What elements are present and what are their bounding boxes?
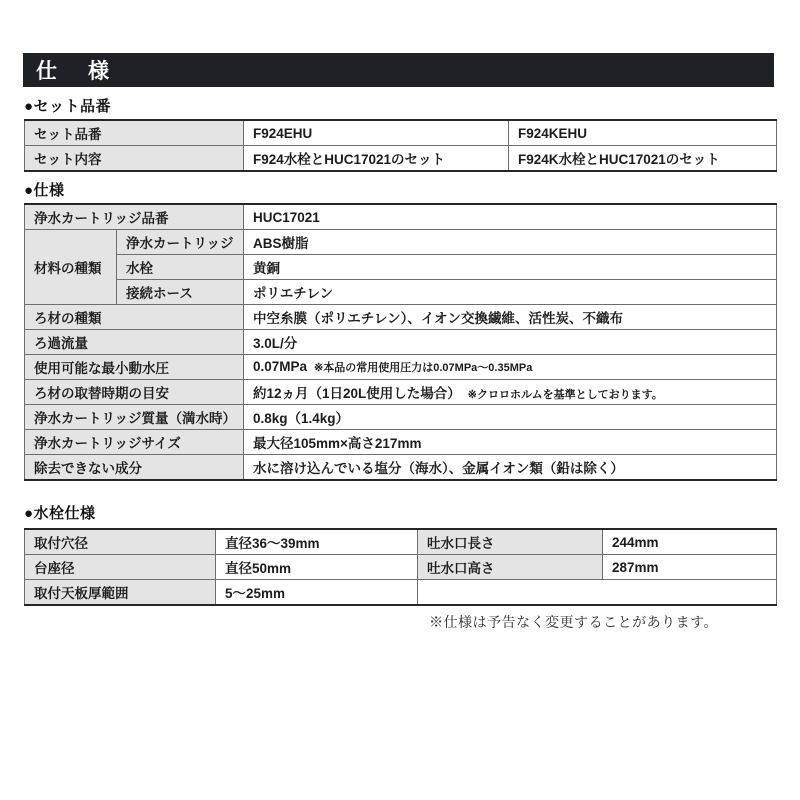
spec-table: 浄水カートリッジ品番 HUC17021 材料の種類 浄水カートリッジ ABS樹脂… <box>24 203 777 481</box>
value-note: ※本品の常用使用圧力は0.07MPa～0.35MPa <box>314 362 532 374</box>
table-row: 使用可能な最小動水圧 0.07MPa※本品の常用使用圧力は0.07MPa～0.3… <box>25 355 777 380</box>
table-row: 台座径 直径50mm 吐水口高さ 287mm <box>25 555 777 580</box>
value-text: 0.8kg（1.4kg） <box>253 411 349 426</box>
value-text: 3.0L/分 <box>253 336 297 351</box>
row-label: セット内容 <box>25 146 244 172</box>
set-number-table: セット品番 F924EHU F924KEHU セット内容 F924水栓とHUC1… <box>24 119 777 172</box>
table-row: ろ過流量 3.0L/分 <box>25 330 777 355</box>
table-row: 材料の種類 浄水カートリッジ ABS樹脂 <box>25 230 777 255</box>
value-text: 0.07MPa <box>253 359 307 374</box>
row-value: 黄銅 <box>244 255 777 280</box>
row-label: 使用可能な最小動水圧 <box>25 355 244 380</box>
spec-change-footnote: ※仕様は予告なく変更することがあります。 <box>429 612 718 632</box>
row-sublabel: 接続ホース <box>117 280 244 305</box>
table-row: ろ材の種類 中空糸膜（ポリエチレン）、イオン交換繊維、活性炭、不織布 <box>25 305 777 330</box>
section-heading-faucet: ●水栓仕様 <box>24 502 96 523</box>
row-value: 最大径105mm×高さ217mm <box>244 430 777 455</box>
table-row: 取付天板厚範囲 5～25mm <box>25 580 777 606</box>
table-row: 浄水カートリッジ質量（満水時） 0.8kg（1.4kg） <box>25 405 777 430</box>
row-value: 直径36～39mm <box>216 529 418 555</box>
table-row: セット品番 F924EHU F924KEHU <box>25 120 777 146</box>
faucet-spec-table: 取付穴径 直径36～39mm 吐水口長さ 244mm 台座径 直径50mm 吐水… <box>24 528 777 606</box>
table-row: 水栓 黄銅 <box>25 255 777 280</box>
table-row: セット内容 F924水栓とHUC17021のセット F924K水栓とHUC170… <box>25 146 777 172</box>
row-value: F924EHU <box>244 120 509 146</box>
row-value: 直径50mm <box>216 555 418 580</box>
row-label: 浄水カートリッジ質量（満水時） <box>25 405 244 430</box>
table-row: 浄水カートリッジ品番 HUC17021 <box>25 204 777 230</box>
row-value: 287mm <box>603 555 777 580</box>
row-value: ABS樹脂 <box>244 230 777 255</box>
spec-sheet-page: 仕 様 ●セット品番 セット品番 F924EHU F924KEHU セット内容 … <box>0 0 800 800</box>
row-label: 取付天板厚範囲 <box>25 580 216 606</box>
row-value: 3.0L/分 <box>244 330 777 355</box>
row-value: F924KEHU <box>509 120 777 146</box>
row-label: ろ材の取替時期の目安 <box>25 380 244 405</box>
value-text: 最大径105mm×高さ217mm <box>253 436 421 451</box>
row-sublabel: 水栓 <box>117 255 244 280</box>
row-label: 台座径 <box>25 555 216 580</box>
value-text: 約12ヵ月（1日20L使用した場合） <box>253 386 461 401</box>
empty-cell <box>418 580 777 606</box>
row-label: ろ材の種類 <box>25 305 244 330</box>
row-value: 水に溶け込んでいる塩分（海水）、金属イオン類（鉛は除く） <box>244 455 777 481</box>
page-title: 仕 様 <box>23 53 774 87</box>
row-value: 244mm <box>603 529 777 555</box>
row-value: F924水栓とHUC17021のセット <box>244 146 509 172</box>
row-value: 5～25mm <box>216 580 418 606</box>
page-title-text: 仕 様 <box>36 55 114 85</box>
row-value: ポリエチレン <box>244 280 777 305</box>
row-label: 取付穴径 <box>25 529 216 555</box>
table-row: 接続ホース ポリエチレン <box>25 280 777 305</box>
section-heading-set-number: ●セット品番 <box>24 95 111 116</box>
row-label: 吐水口高さ <box>418 555 603 580</box>
table-row: 除去できない成分 水に溶け込んでいる塩分（海水）、金属イオン類（鉛は除く） <box>25 455 777 481</box>
value-text: 中空糸膜（ポリエチレン）、イオン交換繊維、活性炭、不織布 <box>253 311 623 326</box>
row-value: F924K水栓とHUC17021のセット <box>509 146 777 172</box>
row-value: HUC17021 <box>244 204 777 230</box>
row-label: 浄水カートリッジ品番 <box>25 204 244 230</box>
table-row: ろ材の取替時期の目安 約12ヵ月（1日20L使用した場合）※クロロホルムを基準と… <box>25 380 777 405</box>
row-value: 0.07MPa※本品の常用使用圧力は0.07MPa～0.35MPa <box>244 355 777 380</box>
value-note: ※クロロホルムを基準としております。 <box>468 389 663 401</box>
row-value: 0.8kg（1.4kg） <box>244 405 777 430</box>
table-row: 浄水カートリッジサイズ 最大径105mm×高さ217mm <box>25 430 777 455</box>
row-label: セット品番 <box>25 120 244 146</box>
row-sublabel: 浄水カートリッジ <box>117 230 244 255</box>
row-label: ろ過流量 <box>25 330 244 355</box>
row-value: 中空糸膜（ポリエチレン）、イオン交換繊維、活性炭、不織布 <box>244 305 777 330</box>
row-label: 吐水口長さ <box>418 529 603 555</box>
section-heading-spec: ●仕様 <box>24 179 65 200</box>
row-label: 材料の種類 <box>25 230 117 305</box>
row-label: 除去できない成分 <box>25 455 244 481</box>
table-row: 取付穴径 直径36～39mm 吐水口長さ 244mm <box>25 529 777 555</box>
value-text: 水に溶け込んでいる塩分（海水）、金属イオン類（鉛は除く） <box>253 461 624 476</box>
row-label: 浄水カートリッジサイズ <box>25 430 244 455</box>
row-value: 約12ヵ月（1日20L使用した場合）※クロロホルムを基準としております。 <box>244 380 777 405</box>
